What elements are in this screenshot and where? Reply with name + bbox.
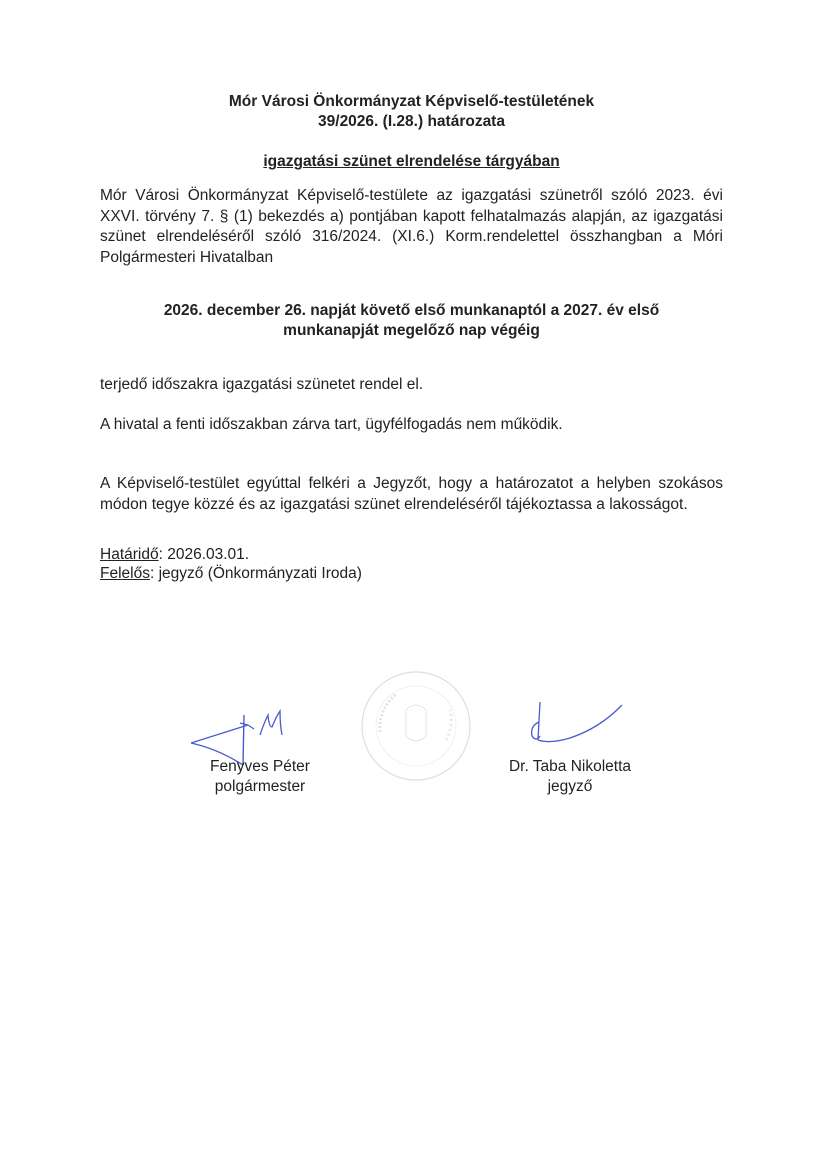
- period-line-2: munkanapját megelőző nap végéig: [100, 321, 723, 341]
- period-statement: 2026. december 26. napját követő első mu…: [100, 301, 723, 341]
- mayor-signature-block: Fenyves Péter polgármester: [180, 757, 340, 797]
- notary-signature-block: Dr. Taba Nikoletta jegyző: [495, 757, 645, 797]
- title-line-2: 39/2026. (I.28.) határozata: [100, 112, 723, 132]
- decision-paragraph: terjedő időszakra igazgatási szünetet re…: [100, 375, 723, 396]
- mayor-name: Fenyves Péter: [180, 757, 340, 777]
- deadline-block: Határidő: 2026.03.01. Felelős: jegyző (Ö…: [100, 545, 723, 583]
- office-closed-paragraph: A hivatal a fenti időszakban zárva tart,…: [100, 415, 723, 436]
- title-line-1: Mór Városi Önkormányzat Képviselő-testül…: [100, 92, 723, 112]
- document-title: Mór Városi Önkormányzat Képviselő-testül…: [100, 92, 723, 132]
- deadline-label: Határidő: [100, 546, 159, 563]
- notary-signature-icon: [530, 700, 630, 745]
- intro-paragraph: Mór Városi Önkormányzat Képviselő-testül…: [100, 186, 723, 268]
- responsible-value: : jegyző (Önkormányzati Iroda): [150, 565, 362, 582]
- deadline-line: Határidő: 2026.03.01.: [100, 545, 723, 564]
- notary-role: jegyző: [495, 777, 645, 797]
- mayor-role: polgármester: [180, 777, 340, 797]
- request-paragraph: A Képviselő-testület egyúttal felkéri a …: [100, 474, 723, 515]
- mayor-signature-icon: [188, 705, 308, 765]
- responsible-label: Felelős: [100, 565, 150, 582]
- document-page: Mór Városi Önkormányzat Képviselő-testül…: [0, 0, 820, 1160]
- official-stamp-icon: [360, 670, 472, 782]
- document-subject: igazgatási szünet elrendelése tárgyában: [100, 152, 723, 172]
- period-line-1: 2026. december 26. napját követő első mu…: [100, 301, 723, 321]
- responsible-line: Felelős: jegyző (Önkormányzati Iroda): [100, 564, 723, 583]
- notary-name: Dr. Taba Nikoletta: [495, 757, 645, 777]
- deadline-value: : 2026.03.01.: [159, 546, 250, 563]
